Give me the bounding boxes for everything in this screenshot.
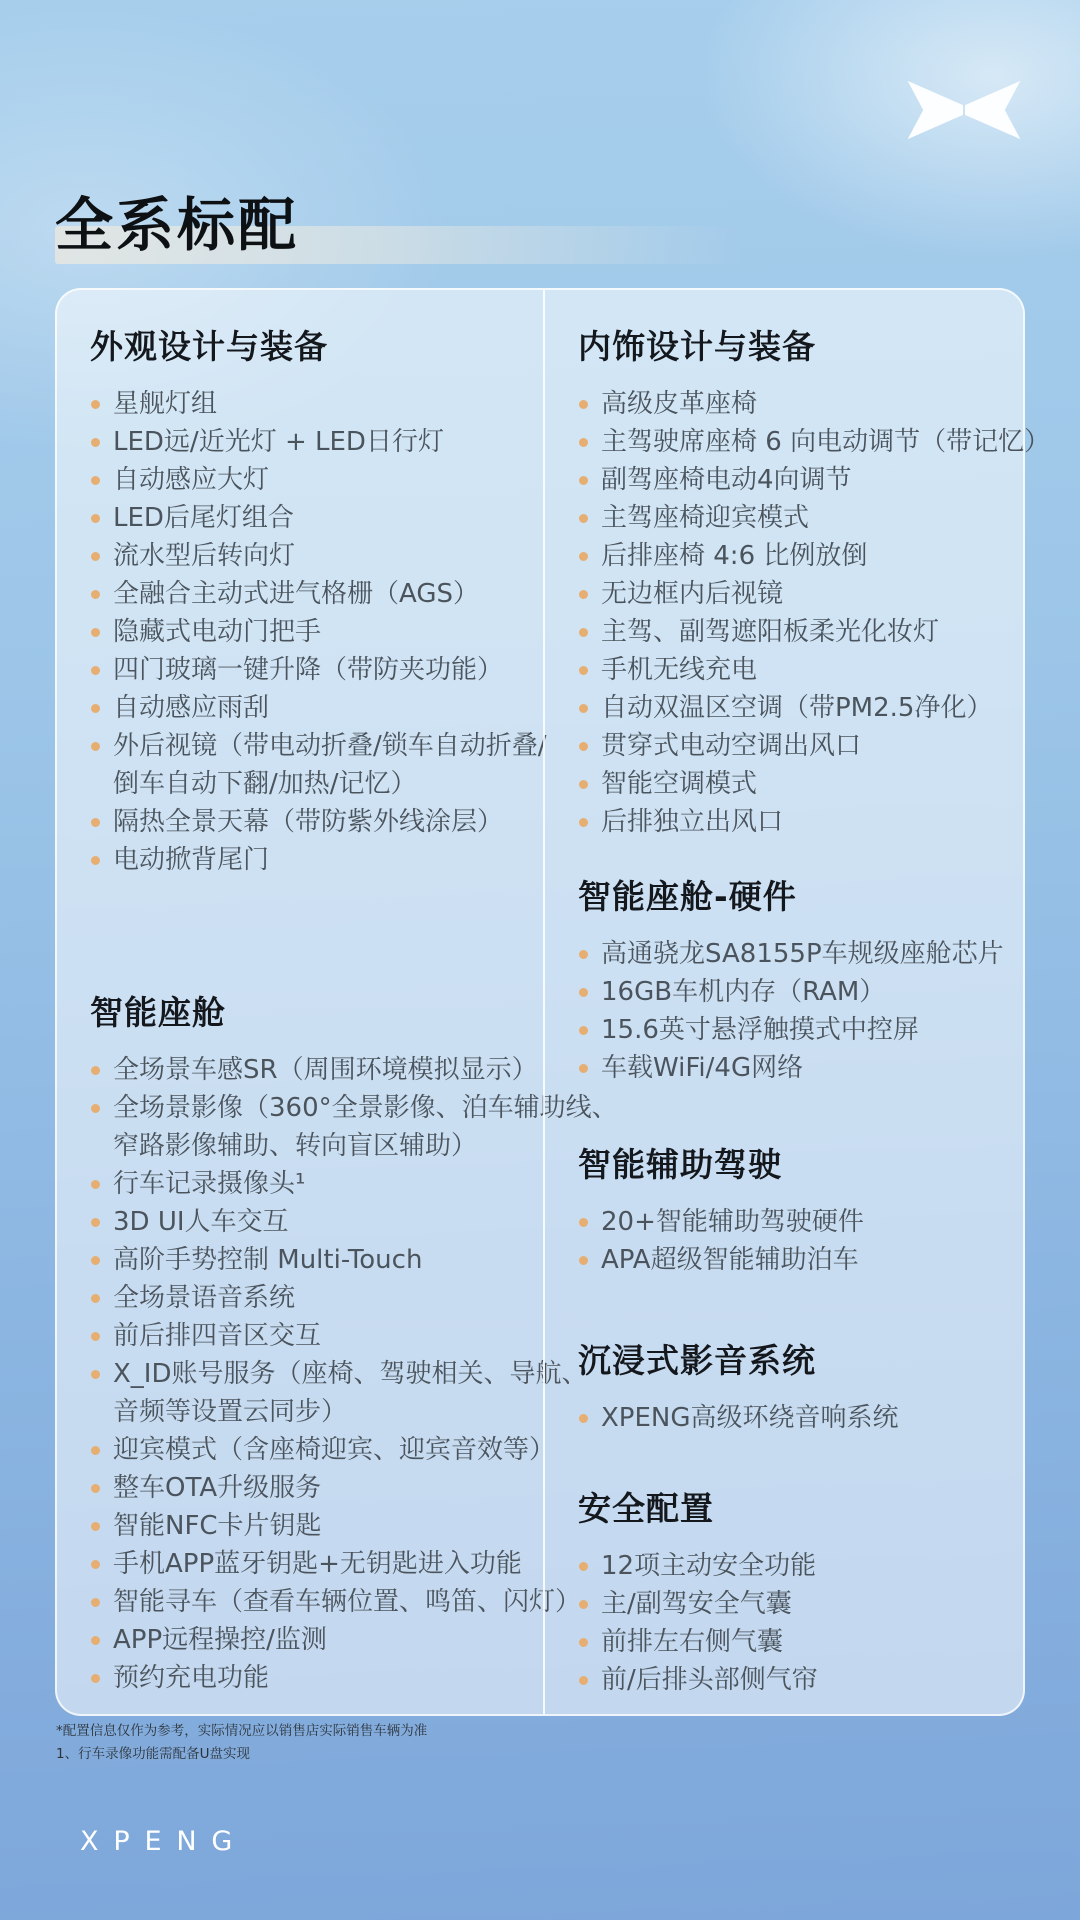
feature-text: 隐藏式电动门把手 xyxy=(113,613,321,651)
feature-item: 电动掀背尾门 xyxy=(90,841,543,879)
bullet-icon xyxy=(579,476,588,485)
feature-text: 流水型后转向灯 xyxy=(113,537,295,575)
feature-item: 主驾驶席座椅 6 向电动调节（带记忆） xyxy=(578,423,1023,461)
bullet-icon xyxy=(91,1674,100,1683)
section: 智能座舱-硬件高通骁龙SA8155P车规级座舱芯片16GB车机内存（RAM）15… xyxy=(578,875,1023,1087)
bullet-icon xyxy=(91,818,100,827)
feature-text: 贯穿式电动空调出风口 xyxy=(601,727,861,765)
feature-item: 全场景影像（360°全景影像、泊车辅助线、窄路影像辅助、转向盲区辅助） xyxy=(90,1089,543,1165)
feature-text: 智能寻车（查看车辆位置、鸣笛、闪灯） xyxy=(113,1583,581,1621)
feature-item: 智能寻车（查看车辆位置、鸣笛、闪灯） xyxy=(90,1583,543,1621)
feature-text: 智能空调模式 xyxy=(601,765,757,803)
feature-text: XPENG高级环绕音响系统 xyxy=(601,1399,899,1437)
feature-item: 贯穿式电动空调出风口 xyxy=(578,727,1023,765)
feature-item: 隔热全景天幕（带防紫外线涂层） xyxy=(90,803,543,841)
feature-text: X_ID账号服务（座椅、驾驶相关、导航、 xyxy=(113,1355,588,1393)
footnote-line: *配置信息仅作为参考，实际情况应以销售店实际销售车辆为准 xyxy=(56,1720,427,1743)
feature-text: 手机APP蓝牙钥匙+无钥匙进入功能 xyxy=(113,1545,522,1583)
bullet-icon xyxy=(91,552,100,561)
feature-item: 主/副驾安全气囊 xyxy=(578,1585,1023,1623)
feature-item: APA超级智能辅助泊车 xyxy=(578,1241,1023,1279)
feature-text: 3D UI人车交互 xyxy=(113,1203,289,1241)
feature-text: LED远/近光灯 + LED日行灯 xyxy=(113,423,444,461)
feature-text: 自动感应雨刮 xyxy=(113,689,269,727)
bullet-icon xyxy=(91,1180,100,1189)
feature-item: 高级皮革座椅 xyxy=(578,385,1023,423)
bullet-icon xyxy=(91,1370,100,1379)
feature-text: 主/副驾安全气囊 xyxy=(601,1585,792,1623)
feature-text: 星舰灯组 xyxy=(113,385,217,423)
bullet-icon xyxy=(579,950,588,959)
section-heading: 外观设计与装备 xyxy=(90,325,543,369)
feature-item: LED远/近光灯 + LED日行灯 xyxy=(90,423,543,461)
bullet-icon xyxy=(579,1600,588,1609)
feature-text: 高阶手势控制 Multi-Touch xyxy=(113,1241,422,1279)
xpeng-wordmark: XPENG xyxy=(80,1826,247,1857)
feature-item: 主驾、副驾遮阳板柔光化妆灯 xyxy=(578,613,1023,651)
section-heading: 智能座舱-硬件 xyxy=(578,875,1023,919)
feature-text: 12项主动安全功能 xyxy=(601,1547,816,1585)
section: 安全配置12项主动安全功能主/副驾安全气囊前排左右侧气囊前/后排头部侧气帘 xyxy=(578,1487,1023,1699)
feature-item: 智能空调模式 xyxy=(578,765,1023,803)
feature-text: 16GB车机内存（RAM） xyxy=(601,973,885,1011)
bullet-icon xyxy=(579,780,588,789)
feature-list: 星舰灯组LED远/近光灯 + LED日行灯自动感应大灯LED后尾灯组合流水型后转… xyxy=(90,385,543,879)
feature-list: 20+智能辅助驾驶硬件APA超级智能辅助泊车 xyxy=(578,1203,1023,1279)
feature-text: 整车OTA升级服务 xyxy=(113,1469,321,1507)
feature-text: 15.6英寸悬浮触摸式中控屏 xyxy=(601,1011,919,1049)
bullet-icon xyxy=(579,1562,588,1571)
bullet-icon xyxy=(579,628,588,637)
feature-item: 外后视镜（带电动折叠/锁车自动折叠/倒车自动下翻/加热/记忆） xyxy=(90,727,543,803)
bullet-icon xyxy=(91,1560,100,1569)
section-heading: 智能座舱 xyxy=(90,991,543,1035)
feature-item: 手机APP蓝牙钥匙+无钥匙进入功能 xyxy=(90,1545,543,1583)
bullet-icon xyxy=(91,438,100,447)
bullet-icon xyxy=(91,1104,100,1113)
page-title: 全系标配 xyxy=(55,186,299,264)
feature-text: APA超级智能辅助泊车 xyxy=(601,1241,859,1279)
feature-text: 隔热全景天幕（带防紫外线涂层） xyxy=(113,803,503,841)
feature-text: 智能NFC卡片钥匙 xyxy=(113,1507,322,1545)
feature-text: 预约充电功能 xyxy=(113,1659,269,1697)
feature-item: 迎宾模式（含座椅迎宾、迎宾音效等） xyxy=(90,1431,543,1469)
feature-text: APP远程操控/监测 xyxy=(113,1621,327,1659)
feature-text: 前/后排头部侧气帘 xyxy=(601,1661,818,1699)
section: 智能座舱全场景车感SR（周围环境模拟显示）全场景影像（360°全景影像、泊车辅助… xyxy=(90,991,543,1697)
feature-item: APP远程操控/监测 xyxy=(90,1621,543,1659)
bullet-icon xyxy=(579,818,588,827)
feature-item: 副驾座椅电动4向调节 xyxy=(578,461,1023,499)
feature-item: 星舰灯组 xyxy=(90,385,543,423)
column-left: 外观设计与装备星舰灯组LED远/近光灯 + LED日行灯自动感应大灯LED后尾灯… xyxy=(57,290,543,1714)
feature-item: XPENG高级环绕音响系统 xyxy=(578,1399,1023,1437)
feature-text: 高级皮革座椅 xyxy=(601,385,757,423)
feature-text: 全融合主动式进气格栅（AGS） xyxy=(113,575,479,613)
feature-text: 全场景语音系统 xyxy=(113,1279,295,1317)
feature-item: 隐藏式电动门把手 xyxy=(90,613,543,651)
bullet-icon xyxy=(579,1676,588,1685)
bullet-icon xyxy=(91,400,100,409)
feature-list: XPENG高级环绕音响系统 xyxy=(578,1399,1023,1437)
feature-list: 全场景车感SR（周围环境模拟显示）全场景影像（360°全景影像、泊车辅助线、窄路… xyxy=(90,1051,543,1697)
feature-text: 全场景车感SR（周围环境模拟显示） xyxy=(113,1051,538,1089)
feature-text: 音频等设置云同步） xyxy=(113,1393,588,1431)
bullet-icon xyxy=(579,552,588,561)
feature-text: 后排独立出风口 xyxy=(601,803,783,841)
feature-text: LED后尾灯组合 xyxy=(113,499,294,537)
feature-text: 主驾、副驾遮阳板柔光化妆灯 xyxy=(601,613,939,651)
feature-item: 自动感应雨刮 xyxy=(90,689,543,727)
section-heading: 安全配置 xyxy=(578,1487,1023,1531)
feature-item: 行车记录摄像头¹ xyxy=(90,1165,543,1203)
feature-item: 流水型后转向灯 xyxy=(90,537,543,575)
bullet-icon xyxy=(91,476,100,485)
feature-item: 前排左右侧气囊 xyxy=(578,1623,1023,1661)
bullet-icon xyxy=(579,1218,588,1227)
bullet-icon xyxy=(579,514,588,523)
section: 智能辅助驾驶20+智能辅助驾驶硬件APA超级智能辅助泊车 xyxy=(578,1143,1023,1279)
feature-item: 车载WiFi/4G网络 xyxy=(578,1049,1023,1087)
feature-list: 高级皮革座椅主驾驶席座椅 6 向电动调节（带记忆）副驾座椅电动4向调节主驾座椅迎… xyxy=(578,385,1023,841)
feature-item: 全场景语音系统 xyxy=(90,1279,543,1317)
bullet-icon xyxy=(91,1256,100,1265)
standard-config-card: 外观设计与装备星舰灯组LED远/近光灯 + LED日行灯自动感应大灯LED后尾灯… xyxy=(55,288,1025,1716)
section: 内饰设计与装备高级皮革座椅主驾驶席座椅 6 向电动调节（带记忆）副驾座椅电动4向… xyxy=(578,325,1023,841)
feature-text: 倒车自动下翻/加热/记忆） xyxy=(113,765,547,803)
feature-item: 15.6英寸悬浮触摸式中控屏 xyxy=(578,1011,1023,1049)
bullet-icon xyxy=(579,988,588,997)
feature-item: 20+智能辅助驾驶硬件 xyxy=(578,1203,1023,1241)
feature-item: 智能NFC卡片钥匙 xyxy=(90,1507,543,1545)
feature-text: 四门玻璃一键升降（带防夹功能） xyxy=(113,651,503,689)
feature-item: 高通骁龙SA8155P车规级座舱芯片 xyxy=(578,935,1023,973)
feature-item: 无边框内后视镜 xyxy=(578,575,1023,613)
feature-item: 手机无线充电 xyxy=(578,651,1023,689)
feature-item: X_ID账号服务（座椅、驾驶相关、导航、音频等设置云同步） xyxy=(90,1355,543,1431)
bullet-icon xyxy=(91,856,100,865)
bullet-icon xyxy=(91,1446,100,1455)
bullet-icon xyxy=(579,1064,588,1073)
section: 沉浸式影音系统XPENG高级环绕音响系统 xyxy=(578,1339,1023,1437)
feature-item: 整车OTA升级服务 xyxy=(90,1469,543,1507)
bullet-icon xyxy=(579,590,588,599)
feature-text: 前后排四音区交互 xyxy=(113,1317,321,1355)
feature-item: 3D UI人车交互 xyxy=(90,1203,543,1241)
feature-item: 主驾座椅迎宾模式 xyxy=(578,499,1023,537)
feature-item: 全融合主动式进气格栅（AGS） xyxy=(90,575,543,613)
feature-text: 副驾座椅电动4向调节 xyxy=(601,461,852,499)
bullet-icon xyxy=(579,1414,588,1423)
feature-item: 前后排四音区交互 xyxy=(90,1317,543,1355)
feature-text: 主驾座椅迎宾模式 xyxy=(601,499,809,537)
feature-text: 前排左右侧气囊 xyxy=(601,1623,783,1661)
bullet-icon xyxy=(91,628,100,637)
feature-text: 自动双温区空调（带PM2.5净化） xyxy=(601,689,992,727)
feature-text: 全场景影像（360°全景影像、泊车辅助线、 xyxy=(113,1089,618,1127)
feature-item: 四门玻璃一键升降（带防夹功能） xyxy=(90,651,543,689)
feature-text: 电动掀背尾门 xyxy=(113,841,269,879)
feature-item: 16GB车机内存（RAM） xyxy=(578,973,1023,1011)
feature-item: 后排座椅 4:6 比例放倒 xyxy=(578,537,1023,575)
feature-item: 自动双温区空调（带PM2.5净化） xyxy=(578,689,1023,727)
footnotes: *配置信息仅作为参考，实际情况应以销售店实际销售车辆为准 1、行车录像功能需配备… xyxy=(56,1720,427,1766)
bullet-icon xyxy=(579,1638,588,1647)
feature-text: 20+智能辅助驾驶硬件 xyxy=(601,1203,864,1241)
xpeng-logo-icon xyxy=(903,76,1025,144)
bullet-icon xyxy=(91,1598,100,1607)
bullet-icon xyxy=(579,1026,588,1035)
bullet-icon xyxy=(91,1218,100,1227)
feature-list: 高通骁龙SA8155P车规级座舱芯片16GB车机内存（RAM）15.6英寸悬浮触… xyxy=(578,935,1023,1087)
feature-text: 后排座椅 4:6 比例放倒 xyxy=(601,537,867,575)
feature-text: 自动感应大灯 xyxy=(113,461,269,499)
bullet-icon xyxy=(91,1522,100,1531)
bullet-icon xyxy=(579,666,588,675)
feature-item: 后排独立出风口 xyxy=(578,803,1023,841)
bullet-icon xyxy=(91,1484,100,1493)
bullet-icon xyxy=(91,1066,100,1075)
bullet-icon xyxy=(91,742,100,751)
section: 外观设计与装备星舰灯组LED远/近光灯 + LED日行灯自动感应大灯LED后尾灯… xyxy=(90,325,543,879)
feature-text: 高通骁龙SA8155P车规级座舱芯片 xyxy=(601,935,1004,973)
feature-item: LED后尾灯组合 xyxy=(90,499,543,537)
feature-text: 车载WiFi/4G网络 xyxy=(601,1049,803,1087)
bullet-icon xyxy=(91,1636,100,1645)
bullet-icon xyxy=(91,1294,100,1303)
section-heading: 智能辅助驾驶 xyxy=(578,1143,1023,1187)
footnote-line: 1、行车录像功能需配备U盘实现 xyxy=(56,1743,427,1766)
feature-item: 预约充电功能 xyxy=(90,1659,543,1697)
bullet-icon xyxy=(91,1332,100,1341)
bullet-icon xyxy=(91,514,100,523)
feature-text: 行车记录摄像头¹ xyxy=(113,1165,305,1203)
feature-text: 窄路影像辅助、转向盲区辅助） xyxy=(113,1127,618,1165)
feature-item: 前/后排头部侧气帘 xyxy=(578,1661,1023,1699)
feature-text: 主驾驶席座椅 6 向电动调节（带记忆） xyxy=(601,423,1050,461)
section-heading: 内饰设计与装备 xyxy=(578,325,1023,369)
bullet-icon xyxy=(91,666,100,675)
feature-text: 迎宾模式（含座椅迎宾、迎宾音效等） xyxy=(113,1431,555,1469)
bullet-icon xyxy=(579,742,588,751)
feature-text: 手机无线充电 xyxy=(601,651,757,689)
feature-item: 全场景车感SR（周围环境模拟显示） xyxy=(90,1051,543,1089)
bullet-icon xyxy=(91,704,100,713)
feature-item: 12项主动安全功能 xyxy=(578,1547,1023,1585)
bullet-icon xyxy=(579,704,588,713)
feature-item: 高阶手势控制 Multi-Touch xyxy=(90,1241,543,1279)
feature-text: 无边框内后视镜 xyxy=(601,575,783,613)
bullet-icon xyxy=(91,590,100,599)
feature-list: 12项主动安全功能主/副驾安全气囊前排左右侧气囊前/后排头部侧气帘 xyxy=(578,1547,1023,1699)
bullet-icon xyxy=(579,1256,588,1265)
bullet-icon xyxy=(579,438,588,447)
bullet-icon xyxy=(579,400,588,409)
section-heading: 沉浸式影音系统 xyxy=(578,1339,1023,1383)
feature-text: 外后视镜（带电动折叠/锁车自动折叠/ xyxy=(113,727,547,765)
column-right: 内饰设计与装备高级皮革座椅主驾驶席座椅 6 向电动调节（带记忆）副驾座椅电动4向… xyxy=(543,290,1023,1714)
feature-item: 自动感应大灯 xyxy=(90,461,543,499)
